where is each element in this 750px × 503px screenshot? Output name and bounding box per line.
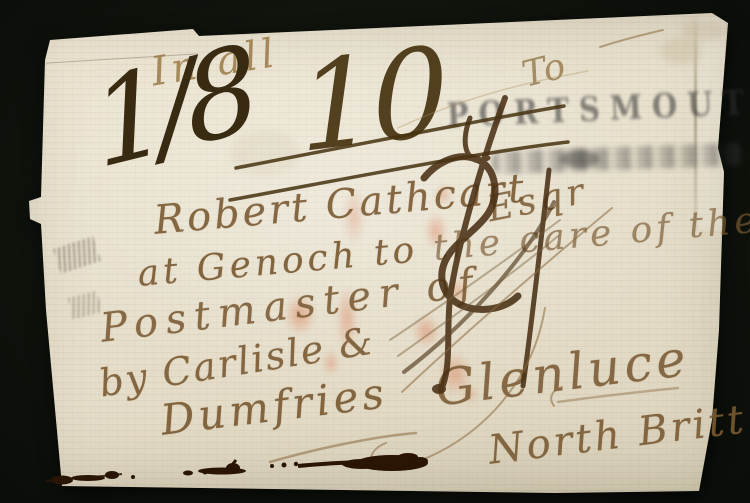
rate-marking-crossed-out: 10 bbox=[295, 20, 449, 180]
stain-top-right-2 bbox=[682, 20, 726, 40]
red-chalk-mark bbox=[412, 314, 440, 348]
postmark-smudge-blob bbox=[560, 150, 600, 168]
stain-top-right bbox=[660, 38, 702, 64]
photo-of-folded-letter: PORTSMOUTH In all 1/8 10 To Robert Cathc… bbox=[0, 0, 750, 503]
